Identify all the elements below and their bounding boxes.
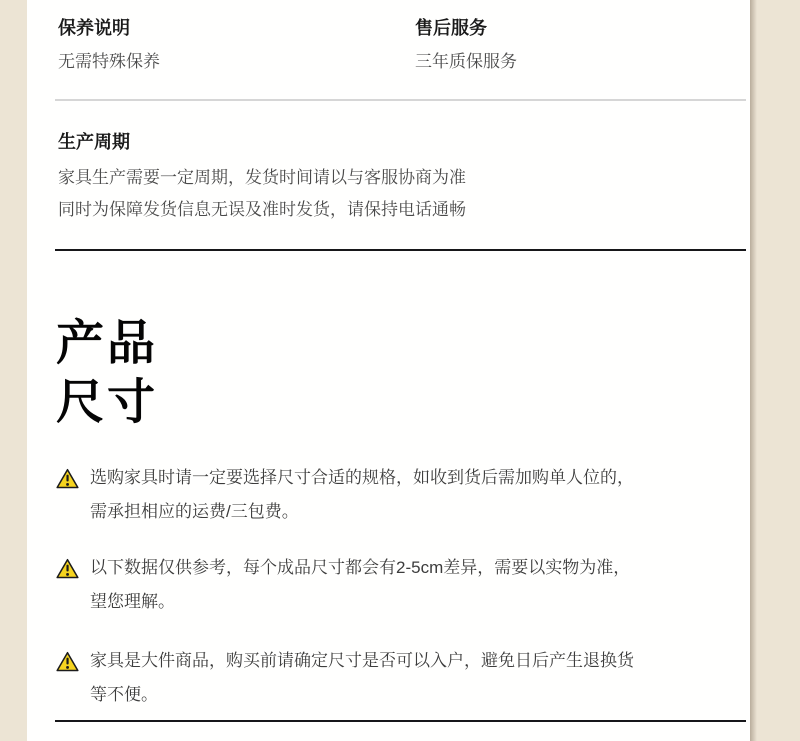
content-area: 保养说明 无需特殊保养 售后服务 三年质保服务 生产周期 家具生产需要一定周期，… [27,0,750,741]
after-sales-block: 售后服务 三年质保服务 [415,17,517,73]
warning-triangle-icon [56,651,79,672]
product-dimensions-title-line: 产品 [56,317,158,370]
care-instructions-title: 保养说明 [58,17,160,39]
after-sales-title: 售后服务 [415,17,517,39]
warning-text-line: 望您理解。 [90,585,630,619]
product-detail-page: { "theme": { "page_bg": "#ece4d4", "cont… [0,0,800,741]
care-instructions-text: 无需特殊保养 [58,51,160,73]
divider-light [55,99,746,101]
production-cycle-title: 生产周期 [58,131,466,153]
after-sales-text: 三年质保服务 [415,51,517,73]
divider-dark-top [55,249,746,251]
content-edge-shadow [750,0,757,741]
warning-text-line: 需承担相应的运费/三包费。 [90,495,634,529]
product-dimensions-title-line: 尺寸 [56,376,158,429]
production-cycle-line: 同时为保障发货信息无误及准时发货，请保持电话通畅 [58,194,466,226]
warning-item: 以下数据仅供参考，每个成品尺寸都会有2-5cm差异，需要以实物为准，望您理解。 [56,551,746,619]
warning-text-line: 等不便。 [90,678,634,712]
production-cycle-line: 家具生产需要一定周期，发货时间请以与客服协商为准 [58,162,466,194]
warning-text: 家具是大件商品，购买前请确定尺寸是否可以入户，避免日后产生退换货等不便。 [90,644,634,712]
care-instructions-block: 保养说明 无需特殊保养 [58,17,160,73]
warning-text: 以下数据仅供参考，每个成品尺寸都会有2-5cm差异，需要以实物为准，望您理解。 [90,551,630,619]
warning-triangle-icon [56,468,79,489]
warning-text-line: 以下数据仅供参考，每个成品尺寸都会有2-5cm差异，需要以实物为准， [90,551,630,585]
warning-text-line: 选购家具时请一定要选择尺寸合适的规格，如收到货后需加购单人位的， [90,461,634,495]
production-cycle-block: 生产周期 家具生产需要一定周期，发货时间请以与客服协商为准 同时为保障发货信息无… [58,131,466,226]
warning-text: 选购家具时请一定要选择尺寸合适的规格，如收到货后需加购单人位的，需承担相应的运费… [90,461,634,529]
warning-text-line: 家具是大件商品，购买前请确定尺寸是否可以入户，避免日后产生退换货 [90,644,634,678]
warning-item: 家具是大件商品，购买前请确定尺寸是否可以入户，避免日后产生退换货等不便。 [56,644,746,712]
warning-triangle-icon [56,558,79,579]
product-dimensions-title: 产品尺寸 [56,314,158,432]
divider-dark-bottom [55,720,746,722]
warning-item: 选购家具时请一定要选择尺寸合适的规格，如收到货后需加购单人位的，需承担相应的运费… [56,461,746,529]
